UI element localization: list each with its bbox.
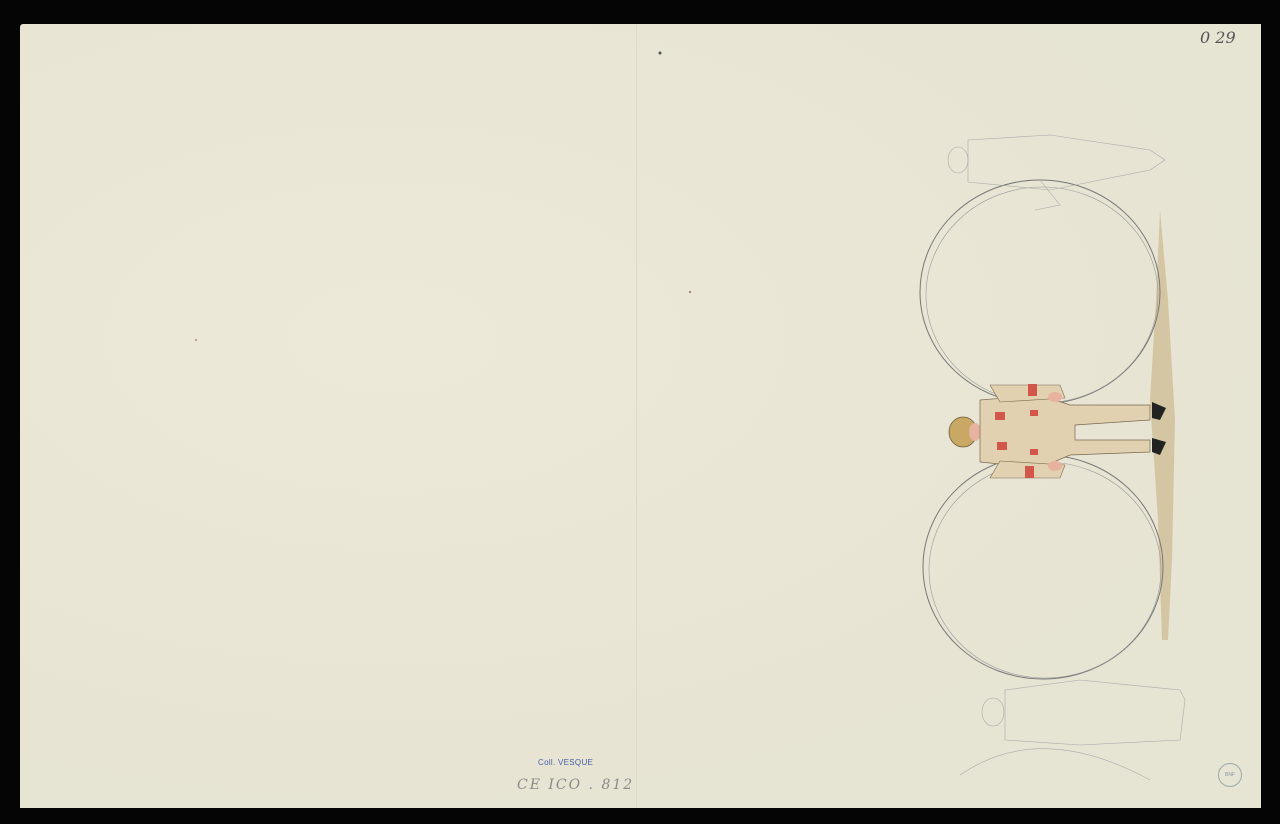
drawing-illustration xyxy=(0,0,1280,824)
inventory-number: CE ICO . 812 xyxy=(517,777,634,793)
collection-stamp: Coll. VESQUE xyxy=(538,758,593,767)
page-number: 0 29 xyxy=(1200,28,1236,47)
library-seal-icon: BNF xyxy=(1218,763,1242,787)
uniformed-figure xyxy=(949,384,1166,478)
